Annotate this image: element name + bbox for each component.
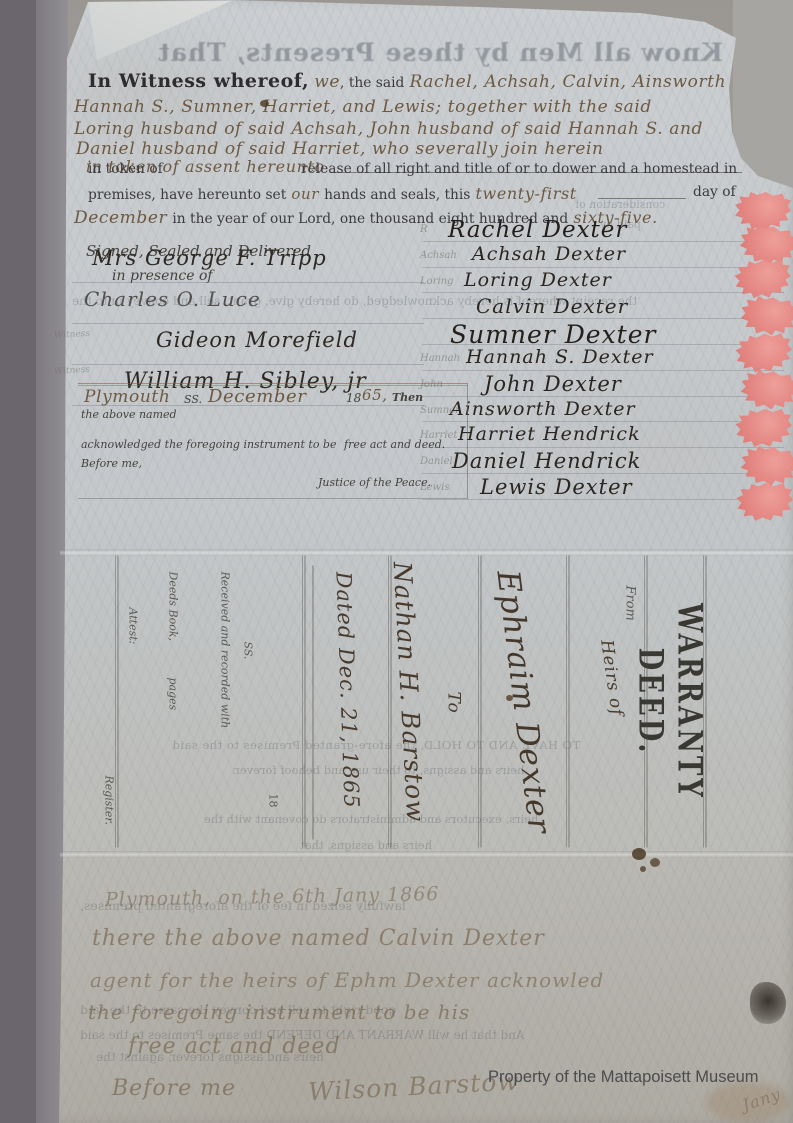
we-handwritten: we — [314, 72, 340, 92]
bleedthrough-text: the receipt whereof is hereby acknowledg… — [72, 294, 637, 308]
docket-year-blank: 18 — [267, 794, 280, 808]
docket-grantee-name: Nathan H. Barstow — [388, 561, 431, 823]
acknowledgment-box: Plymouth SS. December 18 65, Then the ab… — [78, 383, 468, 499]
bleed-covenant: heirs, executors and administrators do c… — [204, 812, 538, 826]
month-handwritten: December — [74, 208, 167, 228]
release-line: in token of release of all right and tit… — [88, 158, 737, 177]
bleedthrough-text: heirs, executors and administrators do c… — [204, 812, 538, 826]
signature-row: Daniel Daniel Hendrick — [418, 449, 792, 475]
docket-grantor-name: Ephraim Dexter — [489, 568, 557, 836]
bleed-consideration: consideration of — [575, 198, 665, 211]
bleed-paid-by: paid by — [600, 218, 641, 231]
signature-row: Sumner Ainsworth Dexter — [418, 398, 792, 424]
scanned-deed-page: Know all Men by these Presents, That In … — [0, 0, 793, 1123]
party-signature: Harriet Hendrick — [458, 423, 641, 445]
docket-from-label: From — [623, 586, 638, 621]
rust-stain — [706, 1082, 790, 1122]
signature-row: Hannah Hannah S. Dexter — [418, 346, 792, 372]
ink-fleck — [506, 695, 513, 701]
party-signature: Sumner Dexter — [450, 320, 656, 349]
docket-ss: SS. — [242, 642, 255, 660]
premises-printed: premises, have hereunto set — [88, 187, 286, 203]
bleed-receipt: the receipt whereof is hereby acknowledg… — [72, 294, 637, 308]
ink-stain — [632, 848, 646, 860]
our-handwritten: our — [291, 185, 319, 203]
bleedthrough-text: TO HAVE AND TO HOLD, the afore-granted P… — [172, 738, 580, 752]
witness-signature: Gideon Morefield — [156, 328, 358, 352]
later-note-line2: there the above named Calvin Dexter — [92, 926, 545, 951]
day-handwritten: twenty-first — [476, 184, 577, 203]
then-printed: Then — [392, 391, 423, 404]
docket-rule — [481, 556, 482, 848]
dated-underline — [313, 566, 314, 840]
signature-guide-name: Achsah — [420, 250, 457, 261]
later-note-line6: Before me — [112, 1076, 236, 1101]
party-signature: Achsah Dexter — [472, 243, 626, 265]
premises-line: premises, have hereunto set our hands an… — [88, 184, 577, 203]
year-suffix-handwritten: 65, — [362, 386, 388, 404]
bleedthrough-text: consideration of — [575, 198, 665, 211]
bleedthrough-text: paid by — [600, 218, 641, 231]
later-note-line3: agent for the heirs of Ephm Dexter ackno… — [90, 968, 604, 992]
docket-received: Received and recorded with — [219, 572, 232, 729]
party-signature: Daniel Hendrick — [452, 449, 641, 473]
free-act-deed: free act and deed. — [344, 438, 445, 451]
year-prefix-printed: 18 — [346, 391, 361, 405]
above-named: the above named — [81, 408, 177, 421]
witness-row: Gideon Morefield — [72, 328, 434, 369]
party-signature: Loring Dexter — [464, 269, 612, 291]
docket-rule — [391, 556, 392, 848]
docket-panel: WARRANTY DEED. From Heirs of Ephraim Dex… — [115, 556, 710, 848]
witness-signature: Mrs George F. Tripp — [92, 246, 327, 270]
dark-stain — [750, 982, 786, 1024]
release-text: release of all right and title of or to … — [301, 161, 737, 177]
bleedthrough-text: heirs and assigns, to their use and beho… — [232, 763, 524, 777]
witness-clause-line1: In Witness whereof, we, the said Rachel,… — [88, 70, 726, 92]
signature-row: Lewis Lewis Dexter — [418, 475, 792, 501]
ink-stain — [650, 858, 660, 867]
docket-to-label: To — [444, 692, 464, 714]
signature-row: Sumner Dexter — [418, 320, 792, 346]
party-signature: Ainsworth Dexter — [450, 398, 636, 420]
in-token-of-printed: in token of — [88, 161, 163, 177]
clause-line2: Hannah S., Sumner, Harriet, and Lewis; t… — [74, 97, 652, 117]
justice-of-peace: Justice of the Peace. — [318, 476, 431, 489]
bleed-to-have: TO HAVE AND TO HOLD, the afore-granted P… — [172, 738, 580, 752]
county-handwritten: Plymouth — [84, 387, 170, 407]
docket-rule — [118, 556, 119, 848]
signature-row: Achsah Achsah Dexter — [418, 243, 792, 269]
party-signature: John Dexter — [484, 372, 622, 396]
museum-watermark: Property of the Mattapoisett Museum — [488, 1068, 759, 1087]
before-me: Before me, — [81, 457, 142, 470]
grantor-names-line1: Rachel, Achsah, Calvin, Ainsworth — [409, 72, 726, 92]
signature-guide-name: Loring — [420, 276, 453, 287]
docket-heirs-of: Heirs of — [596, 638, 627, 717]
signature-row: Harriet Harriet Hendrick — [418, 423, 792, 449]
witness-row: Mrs George F. Tripp — [72, 246, 434, 287]
later-note-line5: free act and deed — [128, 1034, 341, 1059]
ink-blot — [260, 100, 269, 107]
clause-line3: Loring husband of said Achsah, John husb… — [74, 119, 703, 139]
docket-rule — [569, 556, 570, 848]
docket-attest: Attest: — [127, 608, 140, 645]
day-of-printed: day of — [693, 184, 736, 200]
docket-register: Register. — [103, 776, 116, 825]
the-said-printed: , the said — [340, 75, 404, 91]
party-signature: Hannah S. Dexter — [466, 346, 654, 368]
party-signature: Lewis Dexter — [480, 475, 633, 499]
clause-line4: Daniel husband of said Harriet, who seve… — [76, 139, 604, 159]
signature-row: Loring Loring Dexter — [418, 269, 792, 295]
signature-row: John John Dexter — [418, 372, 792, 398]
party-signature-list: R Rachel Dexter Achsah Achsah Dexter Lor… — [418, 217, 792, 501]
ink-stain — [640, 866, 646, 872]
docket-rule — [647, 556, 648, 848]
bleed-behoof: heirs and assigns, to their use and beho… — [232, 763, 524, 777]
ss-abbrev: SS. — [184, 393, 202, 406]
ack-month-handwritten: December — [208, 386, 306, 407]
ghost-header-bleedthrough: Know all Men by these Presents, That — [138, 38, 742, 67]
docket-pages: pages — [167, 678, 180, 711]
signature-guide-name: Hannah — [420, 353, 460, 364]
in-witness-whereof: In Witness whereof, — [88, 70, 309, 92]
docket-deeds-book: Deeds Book, — [167, 572, 180, 642]
acknowledged-text: acknowledged the foregoing instrument to… — [81, 438, 337, 451]
later-note-line4: the foregoing instrument to be his — [88, 1000, 470, 1024]
scan-background-left-dark — [0, 0, 36, 1123]
hands-seals-printed: hands and seals, this — [324, 187, 470, 203]
bleed-assigns: heirs and assigns, that — [300, 838, 432, 852]
docket-title: WARRANTY DEED. — [631, 556, 709, 848]
bleedthrough-text: heirs and assigns, that — [300, 838, 432, 852]
signature-guide-name: R — [420, 224, 428, 235]
docket-rule — [305, 556, 306, 848]
